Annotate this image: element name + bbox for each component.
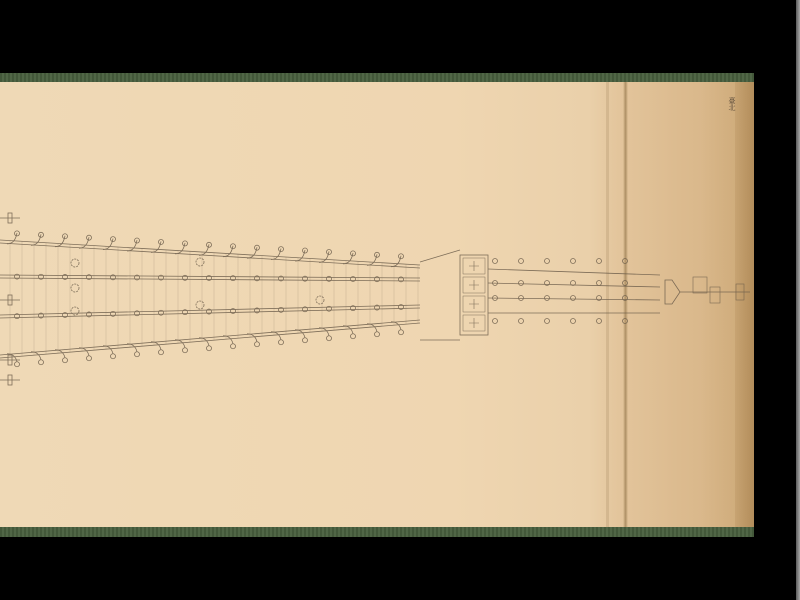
- scroll-mount-bottom-border: [0, 527, 754, 537]
- architectural-drawing: [0, 0, 800, 600]
